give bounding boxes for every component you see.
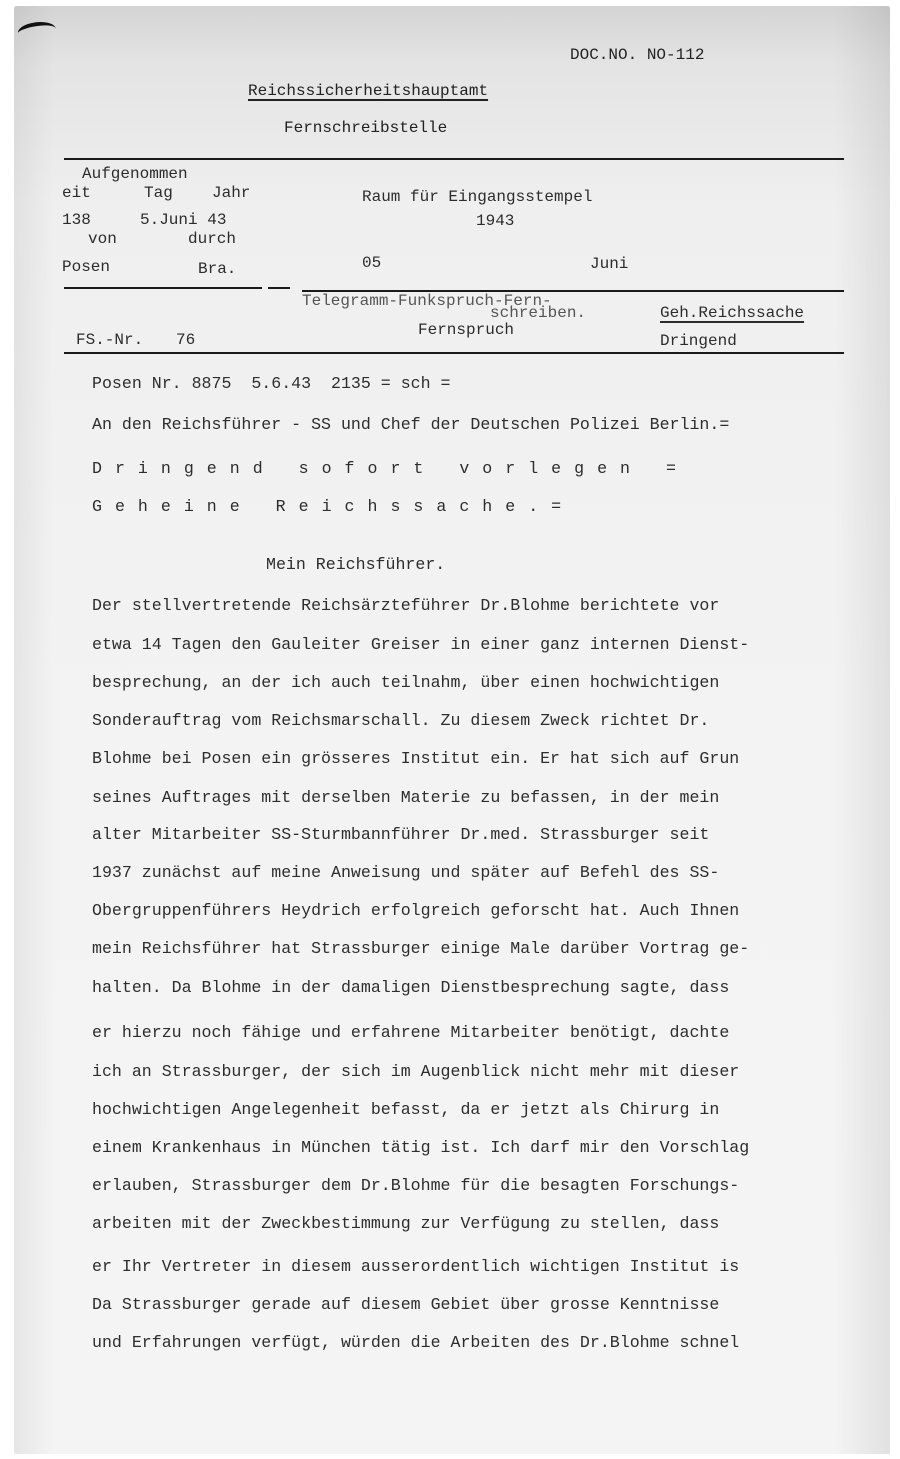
classification-label: Geh.Reichssache <box>660 304 804 322</box>
day-year-value: 5.Juni 43 <box>140 211 226 229</box>
fs-number-label: FS.-Nr. <box>76 331 143 349</box>
body-text-line: mein Reichsführer hat Strassburger einig… <box>92 940 749 958</box>
body-text-line: alter Mitarbeiter SS-Sturmbannführer Dr.… <box>92 826 709 844</box>
stamp-month: Juni <box>590 255 628 273</box>
body-text-line: er Ihr Vertreter in diesem ausserordentl… <box>92 1258 739 1276</box>
form-rule-left <box>64 287 262 289</box>
body-text-line: hochwichtigen Angelegenheit befasst, da … <box>92 1101 719 1119</box>
time-value: 138 <box>62 211 91 229</box>
time-column-label: eit <box>62 184 91 202</box>
top-rule <box>64 158 844 160</box>
from-label: von <box>88 230 117 248</box>
message-type-line3: Fernspruch <box>418 321 514 339</box>
body-text-line: besprechung, an der ich auch teilnahm, ü… <box>92 674 719 692</box>
body-text-line: seines Auftrages mit derselben Materie z… <box>92 789 719 807</box>
department-title: Fernschreibstelle <box>284 119 447 137</box>
body-text-line: erlauben, Strassburger dem Dr.Blohme für… <box>92 1177 739 1195</box>
body-text-line: einem Krankenhaus in München tätig ist. … <box>92 1139 749 1157</box>
body-text-line: etwa 14 Tagen den Gauleiter Greiser in e… <box>92 636 749 654</box>
body-text-line: er hierzu noch fähige und erfahrene Mita… <box>92 1024 729 1042</box>
body-text-line: Da Strassburger gerade auf diesem Gebiet… <box>92 1296 719 1314</box>
received-label: Aufgenommen <box>82 165 188 183</box>
doc-number: DOC.NO. NO-112 <box>570 46 704 64</box>
stamp-day: 05 <box>362 254 381 272</box>
body-text-line: arbeiten mit der Zweckbestimmung zur Ver… <box>92 1215 719 1233</box>
by-value: Bra. <box>198 260 236 278</box>
office-title: Reichssicherheitshauptamt <box>248 82 488 100</box>
priority-label: Dringend <box>660 332 737 350</box>
year-column-label: Jahr <box>212 184 250 202</box>
body-text-line: Blohme bei Posen ein grösseres Institut … <box>92 750 739 768</box>
secret-line: Geheine Reichssache.= <box>92 498 574 516</box>
addressee-line: An den Reichsführer - SS und Chef der De… <box>92 416 729 434</box>
stamp-year: 1943 <box>476 212 514 230</box>
urgent-line: Dringend sofort vorlegen = <box>92 460 689 478</box>
by-label: durch <box>188 230 236 248</box>
salutation: Mein Reichsführer. <box>266 556 445 574</box>
message-header-line: Posen Nr. 8875 5.6.43 2135 = sch = <box>92 375 450 393</box>
body-text-line: Der stellvertretende Reichsärzteführer D… <box>92 597 719 615</box>
body-text-line: ich an Strassburger, der sich im Augenbl… <box>92 1063 739 1081</box>
body-text-line: halten. Da Blohme in der damaligen Diens… <box>92 979 729 997</box>
fs-number-value: 76 <box>176 331 195 349</box>
body-text-line: Sonderauftrag vom Reichsmarschall. Zu di… <box>92 712 709 730</box>
body-text-line: Obergruppenführers Heydrich erfolgreich … <box>92 902 739 920</box>
stamp-label: Raum für Eingangsstempel <box>362 188 592 206</box>
body-text-line: 1937 zunächst auf meine Anweisung und sp… <box>92 864 719 882</box>
from-value: Posen <box>62 258 110 276</box>
day-column-label: Tag <box>144 184 173 202</box>
message-type-line2: schreiben. <box>490 304 586 322</box>
form-bottom-rule <box>64 352 844 354</box>
body-text-line: und Erfahrungen verfügt, würden die Arbe… <box>92 1334 739 1352</box>
form-rule-dash <box>268 287 290 289</box>
